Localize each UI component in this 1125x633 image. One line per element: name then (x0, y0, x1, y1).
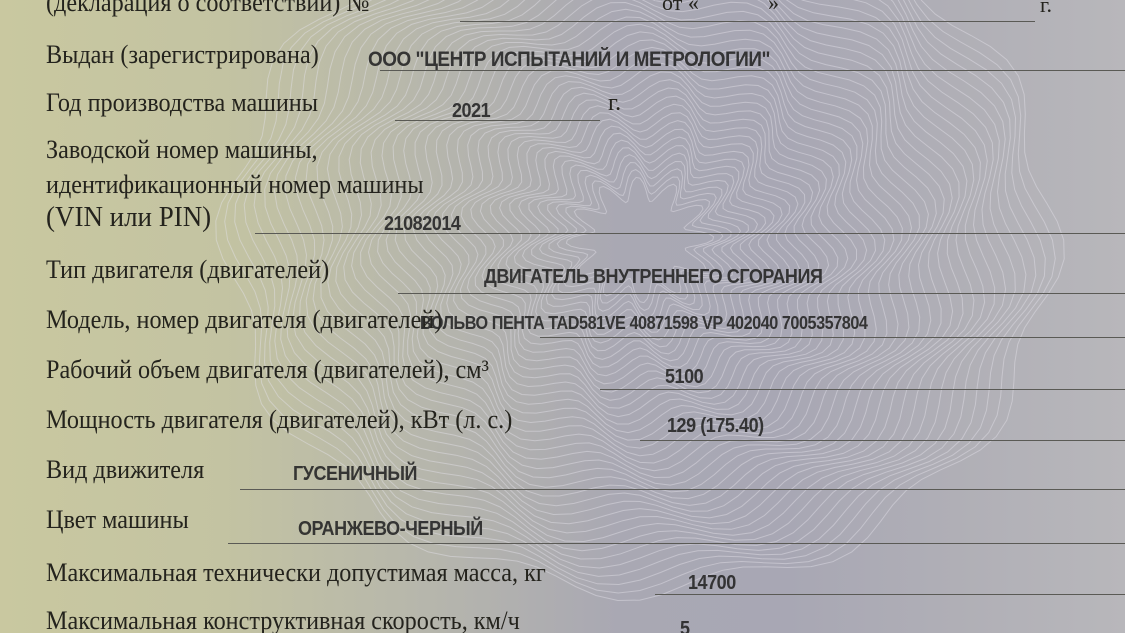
value-propulsion-type: ГУСЕНИЧНЫЙ (293, 463, 417, 486)
year-suffix: г. (608, 90, 621, 117)
label-max-mass: Максимальная технически допустимая масса… (46, 558, 546, 588)
year-suffix: г. (1040, 0, 1052, 18)
fill-line (395, 120, 600, 121)
fill-line (640, 440, 1125, 441)
fill-line (228, 543, 1125, 544)
fill-line (540, 337, 1125, 338)
label-production-year: Год производства машины (46, 88, 318, 118)
fill-line (240, 489, 1125, 490)
fill-line (255, 233, 1125, 234)
value-machine-color: ОРАНЖЕВО-ЧЕРНЫЙ (298, 518, 483, 541)
label-serial-line2: идентификационный номер машины (46, 170, 424, 200)
value-issued-by: ООО "ЦЕНТР ИСПЫТАНИЙ И МЕТРОЛОГИИ" (368, 48, 770, 72)
label-issued-by: Выдан (зарегистрирована) (46, 40, 319, 70)
date-mid: » (768, 0, 779, 16)
label-declaration: (декларация о соответствии) № (46, 0, 369, 18)
value-max-mass: 14700 (688, 572, 736, 595)
value-displacement: 5100 (665, 366, 703, 389)
fill-line (460, 21, 1035, 22)
value-engine-power: 129 (175.40) (667, 415, 764, 438)
fill-line (398, 293, 1125, 294)
label-propulsion-type: Вид движителя (46, 455, 204, 485)
fill-line (380, 70, 1125, 71)
label-serial-line1: Заводской номер машины, (46, 135, 318, 165)
fill-line (600, 389, 1125, 390)
date-prefix: от « (662, 0, 699, 16)
label-engine-power: Мощность двигателя (двигателей), кВт (л.… (46, 405, 512, 435)
value-engine-type: ДВИГАТЕЛЬ ВНУТРЕННЕГО СГОРАНИЯ (484, 266, 822, 289)
label-serial-line3: (VIN или PIN) (46, 201, 211, 234)
value-max-speed: 5 (680, 618, 690, 633)
label-displacement: Рабочий объем двигателя (двигателей), см… (46, 355, 489, 385)
fill-line (655, 594, 1125, 595)
value-engine-model: ВОЛЬВО ПЕНТА TAD581VE 40871598 VP 402040… (420, 313, 867, 334)
label-engine-model: Модель, номер двигателя (двигателей) (46, 305, 442, 335)
label-machine-color: Цвет машины (46, 505, 189, 535)
label-engine-type: Тип двигателя (двигателей) (46, 255, 329, 285)
label-max-speed: Максимальная конструктивная скорость, км… (46, 606, 520, 633)
